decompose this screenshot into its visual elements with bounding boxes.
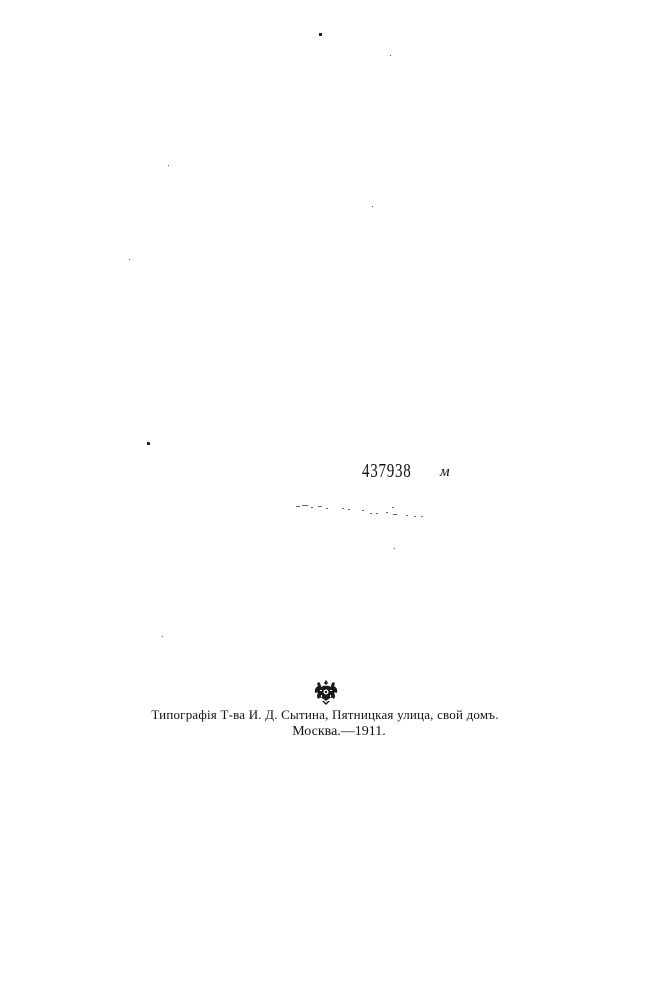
speck bbox=[372, 206, 373, 207]
double-headed-eagle-icon bbox=[312, 679, 340, 707]
library-accession-suffix: м bbox=[440, 464, 450, 481]
speck bbox=[147, 442, 150, 445]
speck bbox=[168, 165, 169, 166]
imprint-printer-line: Типографія Т-ва И. Д. Сытина, Пятницкая … bbox=[0, 707, 650, 723]
faint-illegible-text bbox=[296, 504, 426, 518]
speck bbox=[162, 636, 163, 637]
imprint-place-year: Москва.—1911. bbox=[0, 724, 650, 740]
speck bbox=[390, 55, 391, 56]
speck bbox=[319, 33, 322, 36]
speck bbox=[394, 548, 395, 549]
speck bbox=[129, 259, 130, 260]
library-accession-number: 437938 bbox=[362, 460, 412, 483]
